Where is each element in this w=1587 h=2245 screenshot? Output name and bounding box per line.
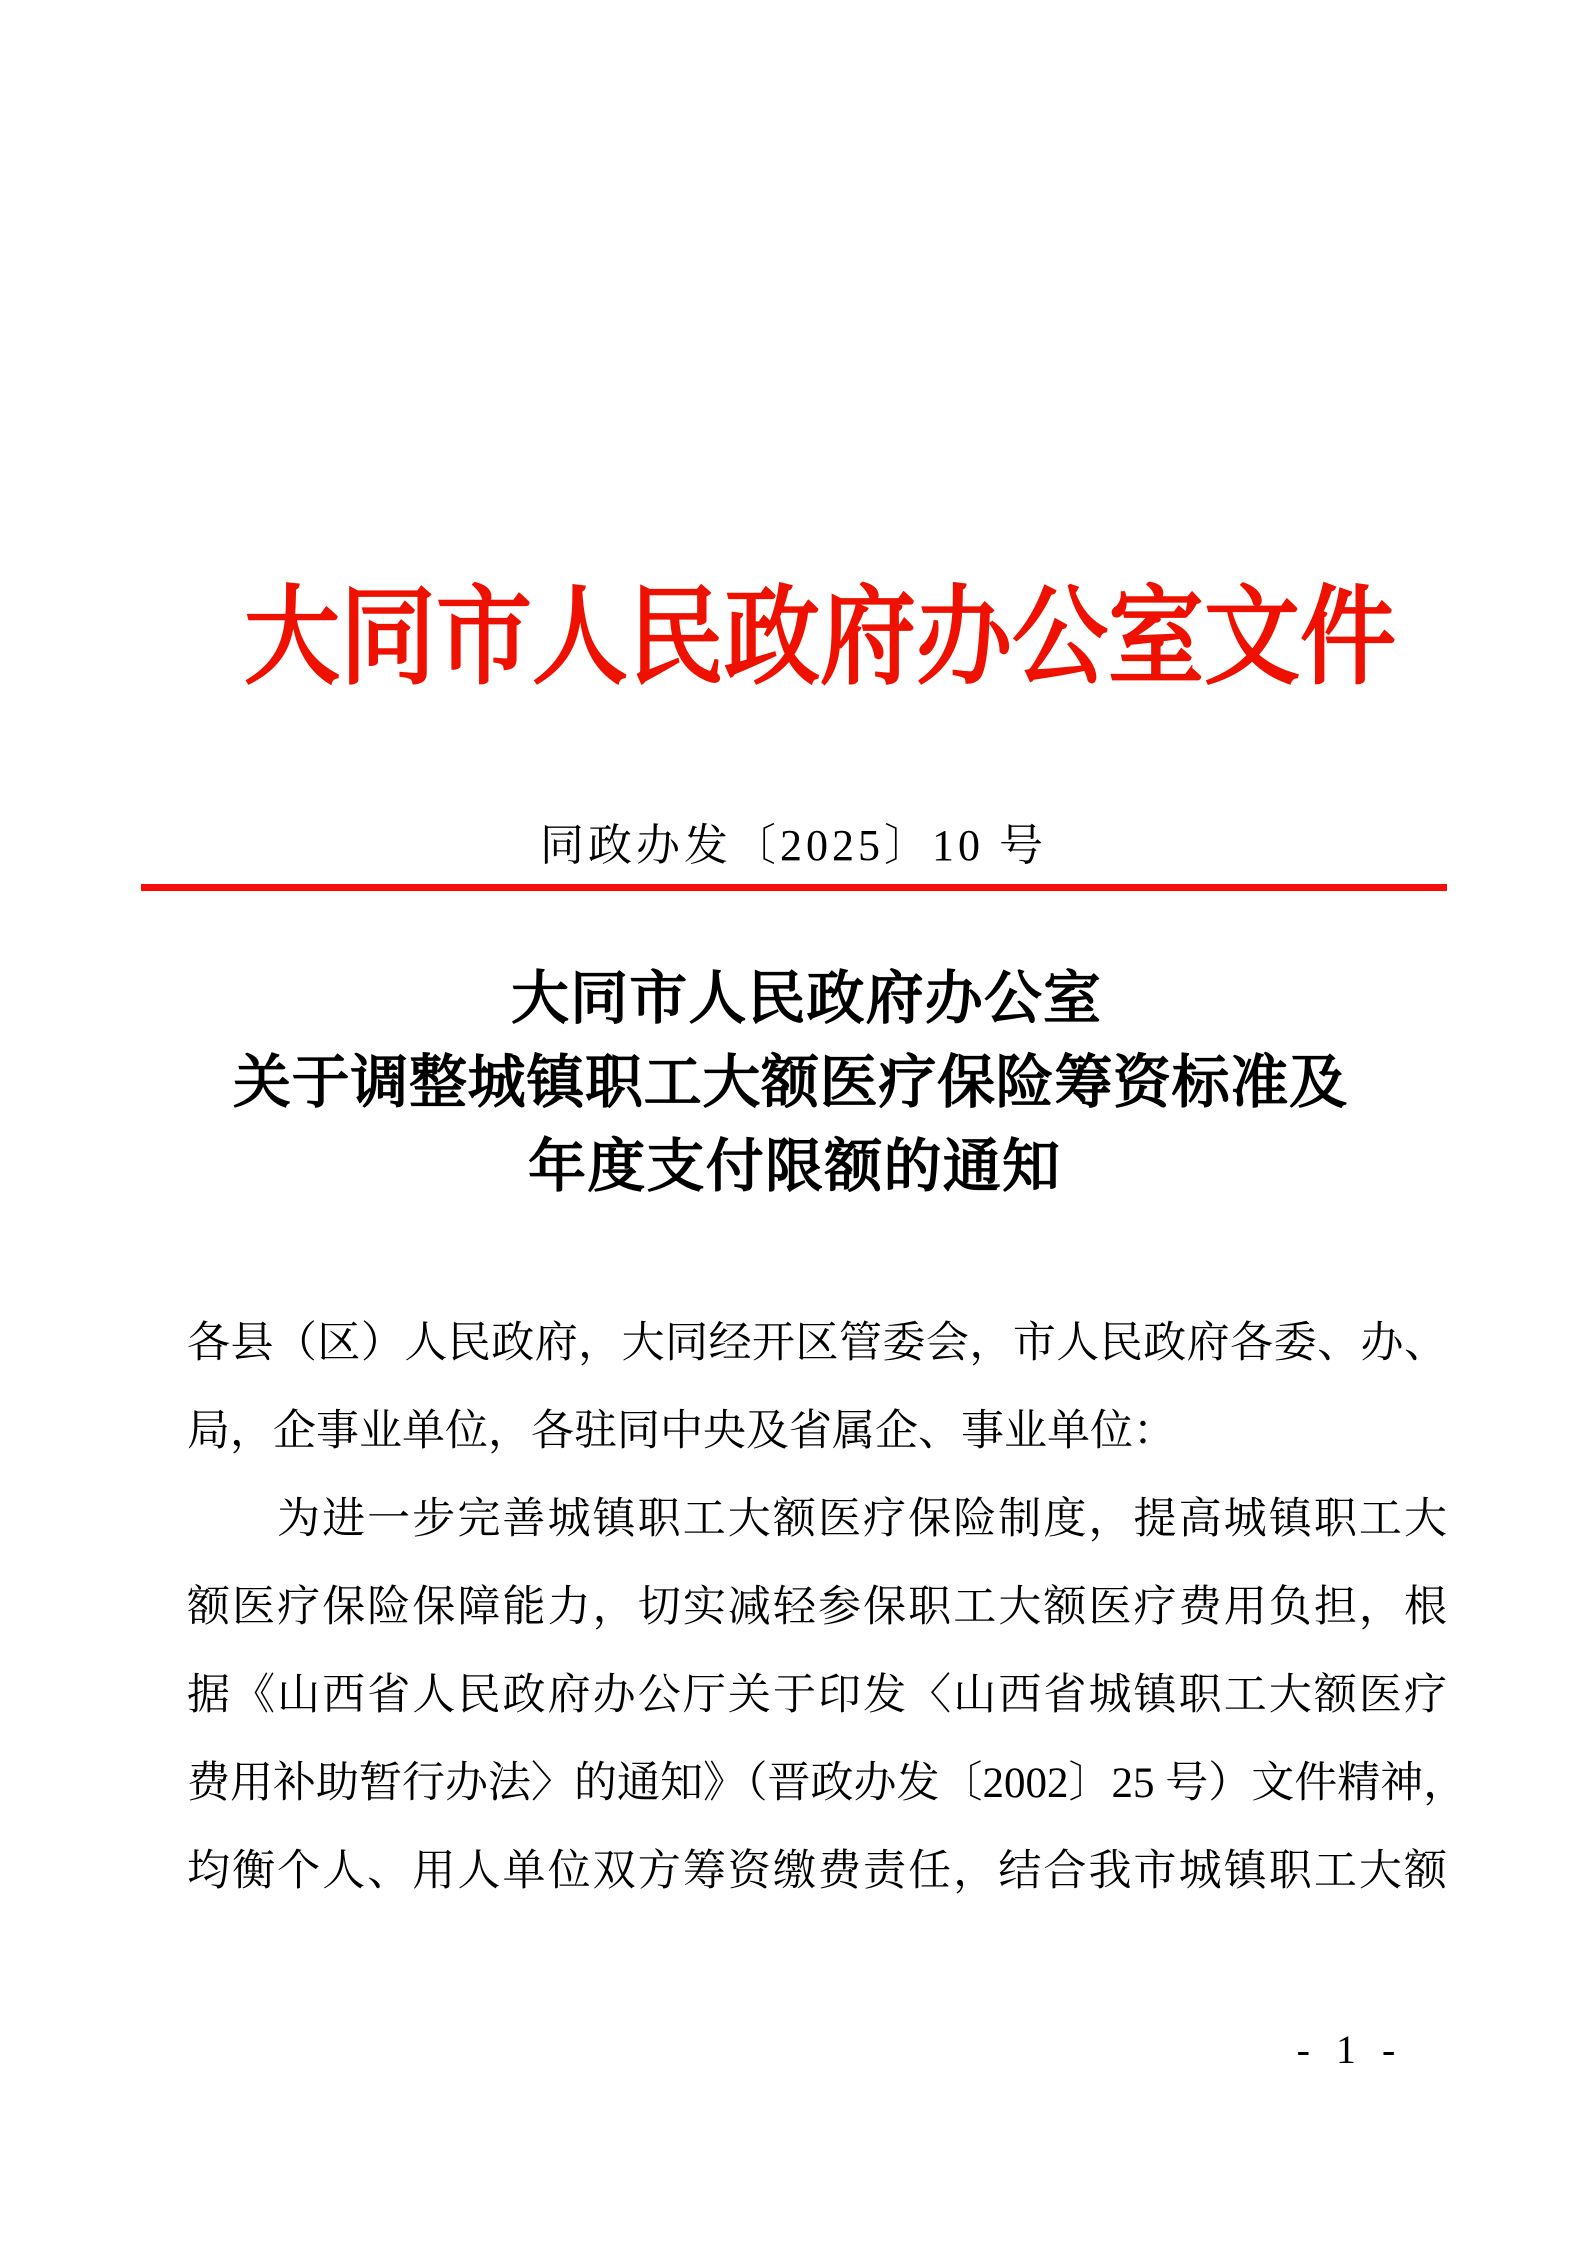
body-line: 局，企事业单位，各驻同中央及省属企、事业单位： [187, 1388, 1447, 1476]
document-page: 大同市人民政府办公室文件 同政办发〔2025〕10 号 大同市人民政府办公室 关… [0, 0, 1587, 2245]
document-title-line-3: 年度支付限额的通知 [528, 1128, 1060, 1206]
body-text: 各县（区）人民政府，大同经开区管委会，市人民政府各委、办、 局，企事业单位，各驻… [187, 1300, 1447, 1916]
masthead-title: 大同市人民政府办公室文件 [244, 560, 1344, 717]
body-line: 费用补助暂行办法〉的通知》（晋政办发〔2002〕25 号）文件精神， [187, 1740, 1447, 1828]
body-line: 均衡个人、用人单位双方筹资缴费责任，结合我市城镇职工大额 [187, 1828, 1447, 1916]
document-number: 同政办发〔2025〕10 号 [0, 818, 1587, 874]
body-line: 各县（区）人民政府，大同经开区管委会，市人民政府各委、办、 [187, 1300, 1447, 1388]
body-line: 据《山西省人民政府办公厅关于印发〈山西省城镇职工大额医疗 [187, 1652, 1447, 1740]
red-divider-rule [141, 884, 1447, 891]
document-title-line-1: 大同市人民政府办公室 [511, 960, 1101, 1038]
document-title-line-2: 关于调整城镇职工大额医疗保险筹资标准及 [233, 1044, 1347, 1122]
body-line: 为进一步完善城镇职工大额医疗保险制度，提高城镇职工大 [187, 1476, 1447, 1564]
page-number: - 1 - [1270, 2024, 1430, 2076]
body-line: 额医疗保险保障能力，切实减轻参保职工大额医疗费用负担，根 [187, 1564, 1447, 1652]
